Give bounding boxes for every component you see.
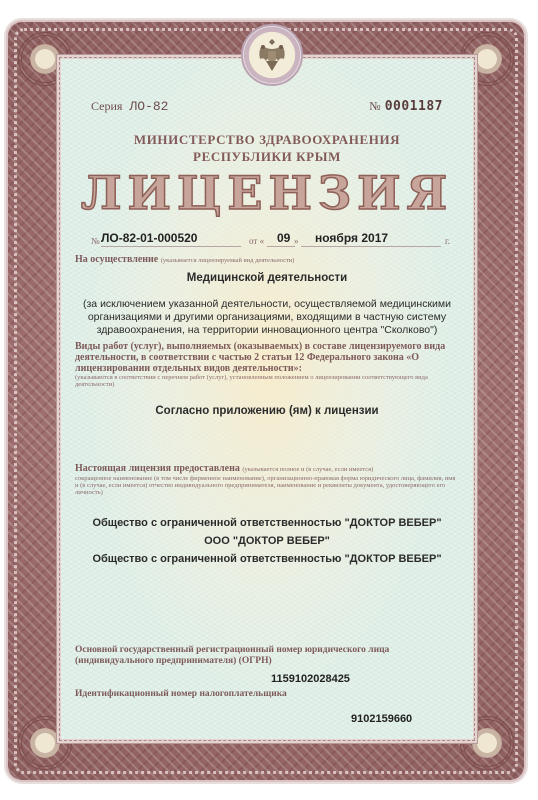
grantee-label-text: Настоящая лицензия предоставлена bbox=[75, 463, 240, 474]
double-headed-eagle-icon bbox=[254, 35, 290, 75]
underline bbox=[267, 246, 295, 247]
inn-value: 9102159660 bbox=[351, 713, 412, 725]
works-label-text: Виды работ (услуг), выполняемых (оказыва… bbox=[75, 341, 445, 374]
license-month-year: ноября 2017 bbox=[315, 231, 388, 245]
works-value: Согласно приложению (ям) к лицензии bbox=[61, 405, 473, 417]
activity-exception: (за исключением указанной деятельности, … bbox=[61, 298, 473, 337]
series-value: ЛО-82 bbox=[129, 99, 168, 114]
document-title: ЛИЦЕНЗИЯ bbox=[61, 167, 473, 219]
license-number: ЛО-82-01-000520 bbox=[101, 231, 197, 245]
from-label: от « bbox=[249, 236, 264, 246]
company-full-name: Общество с ограниченной ответственностью… bbox=[61, 517, 473, 529]
license-day: 09 bbox=[277, 231, 290, 245]
form-number: № 0001187 bbox=[369, 97, 443, 115]
grantee-note-inline: (указывается полное и (в случае, если им… bbox=[242, 466, 373, 473]
issuing-authority: МИНИСТЕРСТВО ЗДРАВООХРАНЕНИЯ РЕСПУБЛИКИ … bbox=[61, 131, 473, 165]
ogrn-value: 1159102028425 bbox=[271, 673, 350, 685]
form-number-value: 0001187 bbox=[385, 99, 443, 114]
series-label: Серия bbox=[91, 99, 122, 113]
ministry-line1: МИНИСТЕРСТВО ЗДРАВООХРАНЕНИЯ bbox=[61, 131, 473, 148]
company-brand-name: Общество с ограниченной ответственностью… bbox=[61, 553, 473, 565]
license-number-prefix: № bbox=[91, 236, 100, 246]
number-sign: № bbox=[369, 99, 380, 113]
year-suffix: г. bbox=[445, 236, 450, 246]
underline bbox=[101, 246, 241, 247]
grantee-label: Настоящая лицензия предоставлена (указыв… bbox=[75, 463, 459, 496]
underline bbox=[301, 246, 441, 247]
activity-label: На осуществление (указывается лицензируе… bbox=[75, 254, 459, 266]
day-close: » bbox=[294, 236, 299, 246]
document-body: Серия ЛО-82 № 0001187 МИНИСТЕРСТВО ЗДРАВ… bbox=[61, 59, 473, 739]
coat-of-arms-icon bbox=[241, 24, 303, 86]
grantee-note: сокращенное наименование (в том числе фи… bbox=[75, 475, 459, 496]
company-short-name: ООО "ДОКТОР ВЕБЕР" bbox=[61, 535, 473, 547]
series: Серия ЛО-82 bbox=[91, 99, 168, 114]
inner-frame: Серия ЛО-82 № 0001187 МИНИСТЕРСТВО ЗДРАВ… bbox=[56, 54, 478, 744]
license-number-row: № ЛО-82-01-000520 от « 09 » ноября 2017 … bbox=[91, 229, 443, 249]
activity-note: (указывается лицензируемый вид деятельно… bbox=[161, 257, 295, 264]
activity-label-text: На осуществление bbox=[75, 254, 158, 265]
works-label: Виды работ (услуг), выполняемых (оказыва… bbox=[75, 341, 459, 388]
serial-row: Серия ЛО-82 № 0001187 bbox=[91, 97, 443, 115]
works-note: (указываются в соответствии с перечнем р… bbox=[75, 374, 459, 388]
licensed-activity: Медицинской деятельности bbox=[61, 272, 473, 284]
inn-label: Идентификационный номер налогоплательщик… bbox=[75, 689, 459, 700]
ogrn-label: Основной государственный регистрационный… bbox=[75, 645, 459, 667]
ministry-line2: РЕСПУБЛИКИ КРЫМ bbox=[61, 148, 473, 165]
